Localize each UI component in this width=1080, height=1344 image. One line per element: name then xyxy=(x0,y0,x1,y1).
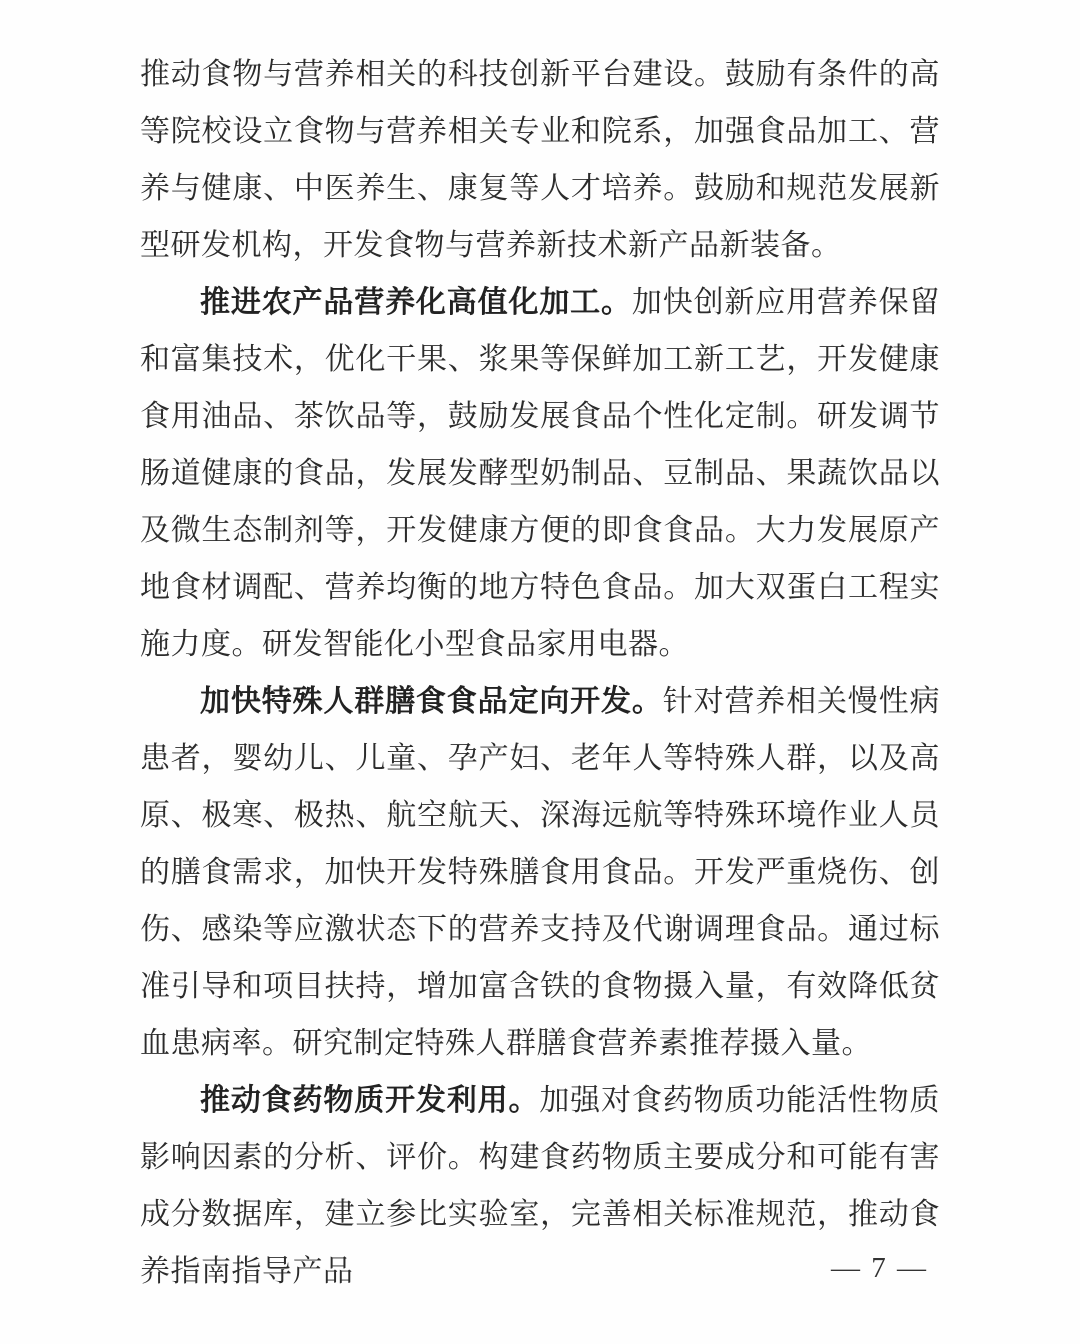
paragraph-2: 推进农产品营养化高值化加工。加快创新应用营养保留和富集技术，优化干果、浆果等保鲜… xyxy=(140,274,940,673)
paragraph-3-text: 针对营养相关慢性病患者，婴幼儿、儿童、孕产妇、老年人等特殊人群，以及高原、极寒、… xyxy=(140,685,940,1060)
paragraph-4-lead: 推动食药物质开发利用。 xyxy=(200,1084,539,1117)
page: 推动食物与营养相关的科技创新平台建设。鼓励有条件的高等院校设立食物与营养相关专业… xyxy=(0,0,1080,1344)
paragraph-2-lead: 推进农产品营养化高值化加工。 xyxy=(200,286,632,319)
paragraph-4: 推动食药物质开发利用。加强对食药物质功能活性物质影响因素的分析、评价。构建食药物… xyxy=(140,1072,940,1300)
document-page-background: { "page": { "background_color": "#fefefe… xyxy=(0,0,1080,1344)
paragraph-2-text: 加快创新应用营养保留和富集技术，优化干果、浆果等保鲜加工新工艺，开发健康食用油品… xyxy=(140,286,940,661)
paragraph-1-text: 推动食物与营养相关的科技创新平台建设。鼓励有条件的高等院校设立食物与营养相关专业… xyxy=(140,58,940,262)
page-number: — 7 — xyxy=(831,1248,928,1288)
paragraph-3: 加快特殊人群膳食食品定向开发。针对营养相关慢性病患者，婴幼儿、儿童、孕产妇、老年… xyxy=(140,673,940,1072)
paragraph-3-lead: 加快特殊人群膳食食品定向开发。 xyxy=(200,685,663,718)
paragraph-1: 推动食物与营养相关的科技创新平台建设。鼓励有条件的高等院校设立食物与营养相关专业… xyxy=(140,46,940,274)
document-body: 推动食物与营养相关的科技创新平台建设。鼓励有条件的高等院校设立食物与营养相关专业… xyxy=(140,46,940,1300)
